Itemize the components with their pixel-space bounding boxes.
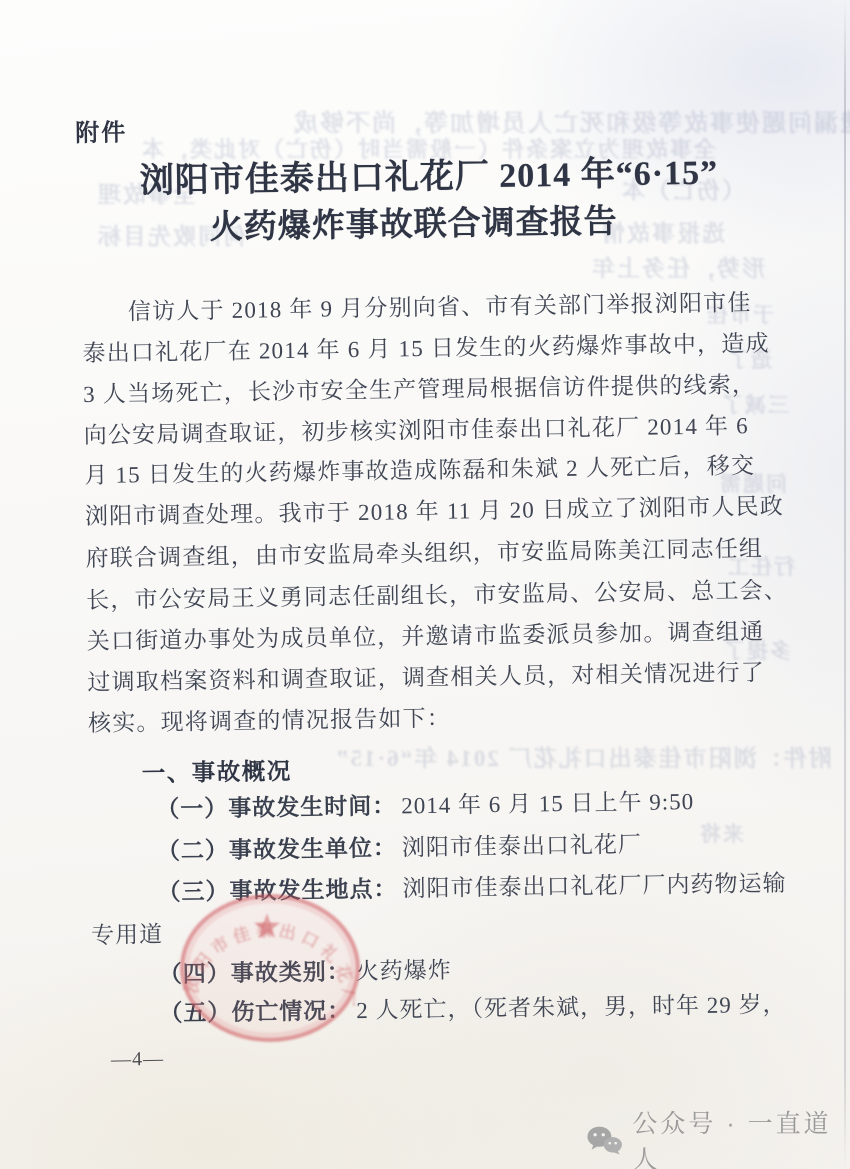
intro-paragraph: 信访人于 2018 年 9 月分别向省、市有关部门举报浏阳市佳泰出口礼花厂在 2… xyxy=(0,0,841,6)
watermark: 公众号 · 一直道人 xyxy=(586,1104,850,1169)
accident-unit-row: （二）事故发生单位：浏阳市佳泰出口礼花厂 xyxy=(157,826,642,866)
body-text-line: 过调取档案资料和调查取证，调查相关人员，对相关情况进行了 xyxy=(87,654,765,697)
scanned-document-page: 没有因遗漏问题使事故等级和死亡人员增加等，尚不够成全事故理为立案条件（一般需当时… xyxy=(0,0,850,1169)
body-text-line: 泰出口礼花厂在 2014 年 6 月 15 日发生的火药爆炸事故中，造成 xyxy=(82,325,770,368)
accident-category-row: （四）事故类别：火药爆炸 xyxy=(158,952,451,989)
body-text-line: 浏阳市调查处理。我市于 2018 年 11 月 20 日成立了浏阳市人民政 xyxy=(85,488,784,531)
casualty-value: 2 人死亡，（死者朱斌，男，时年 29 岁， xyxy=(356,992,787,1023)
accident-time-label: （一）事故发生时间： xyxy=(156,793,396,822)
accident-location-row: （三）事故发生地点：浏阳市佳泰出口礼花厂厂内药物运输 xyxy=(157,865,786,907)
printed-content: 附件 浏阳市佳泰出口礼花厂 2014 年“6·15” 火药爆炸事故联合调查报告 … xyxy=(0,0,850,1169)
accident-location-continuation: 专用道 xyxy=(91,916,163,950)
accident-time-value: 2014 年 6 月 15 日上午 9:50 xyxy=(401,789,694,818)
body-text-line: 长，市公安局王义勇同志任副组长，市安监局、公安局、总工会、 xyxy=(86,572,788,615)
body-text-line: 府联合调查组，由市安监局牵头组织，市安监局陈美江同志任组 xyxy=(85,530,763,573)
accident-location-value: 浏阳市佳泰出口礼花厂厂内药物运输 xyxy=(402,871,786,902)
accident-time-row: （一）事故发生时间：2014 年 6 月 15 日上午 9:50 xyxy=(156,783,694,824)
body-text-line: 3 人当场死亡，长沙市安全生产管理局根据信访件提供的线索， xyxy=(83,366,756,409)
page-number: —4— xyxy=(111,1048,164,1072)
body-text-line: 月 15 日发生的火药爆炸事故造成陈磊和朱斌 2 人死亡后，移交 xyxy=(84,447,755,490)
section-heading: 一、事故概况 xyxy=(141,752,291,788)
body-text-line: 核实。现将调查的情况报告如下： xyxy=(88,700,451,738)
scan-edge-line xyxy=(844,0,846,1169)
accident-location-label: （三）事故发生地点： xyxy=(157,876,397,905)
body-text-line: 信访人于 2018 年 9 月分别向省、市有关部门举报浏阳市佳 xyxy=(128,284,752,326)
casualty-row: （五）伤亡情况：2 人死亡，（死者朱斌，男，时年 29 岁， xyxy=(159,986,787,1028)
attachment-label: 附件 xyxy=(75,112,128,148)
casualty-label: （五）伤亡情况： xyxy=(159,998,351,1026)
wechat-icon xyxy=(586,1124,622,1156)
accident-category-value: 火药爆炸 xyxy=(356,958,452,984)
accident-unit-value: 浏阳市佳泰出口礼花厂 xyxy=(402,832,642,861)
body-text-line: 向公安局调查取证，初步核实浏阳市佳泰出口礼花厂 2014 年 6 xyxy=(83,407,749,450)
watermark-label: 公众号 · 一直道人 xyxy=(632,1104,850,1169)
accident-unit-label: （二）事故发生单位： xyxy=(157,835,397,864)
body-text-line: 关口街道办事处为成员单位，并邀请市监委派员参加。调查组通 xyxy=(87,613,765,656)
accident-category-label: （四）事故类别： xyxy=(159,959,351,987)
